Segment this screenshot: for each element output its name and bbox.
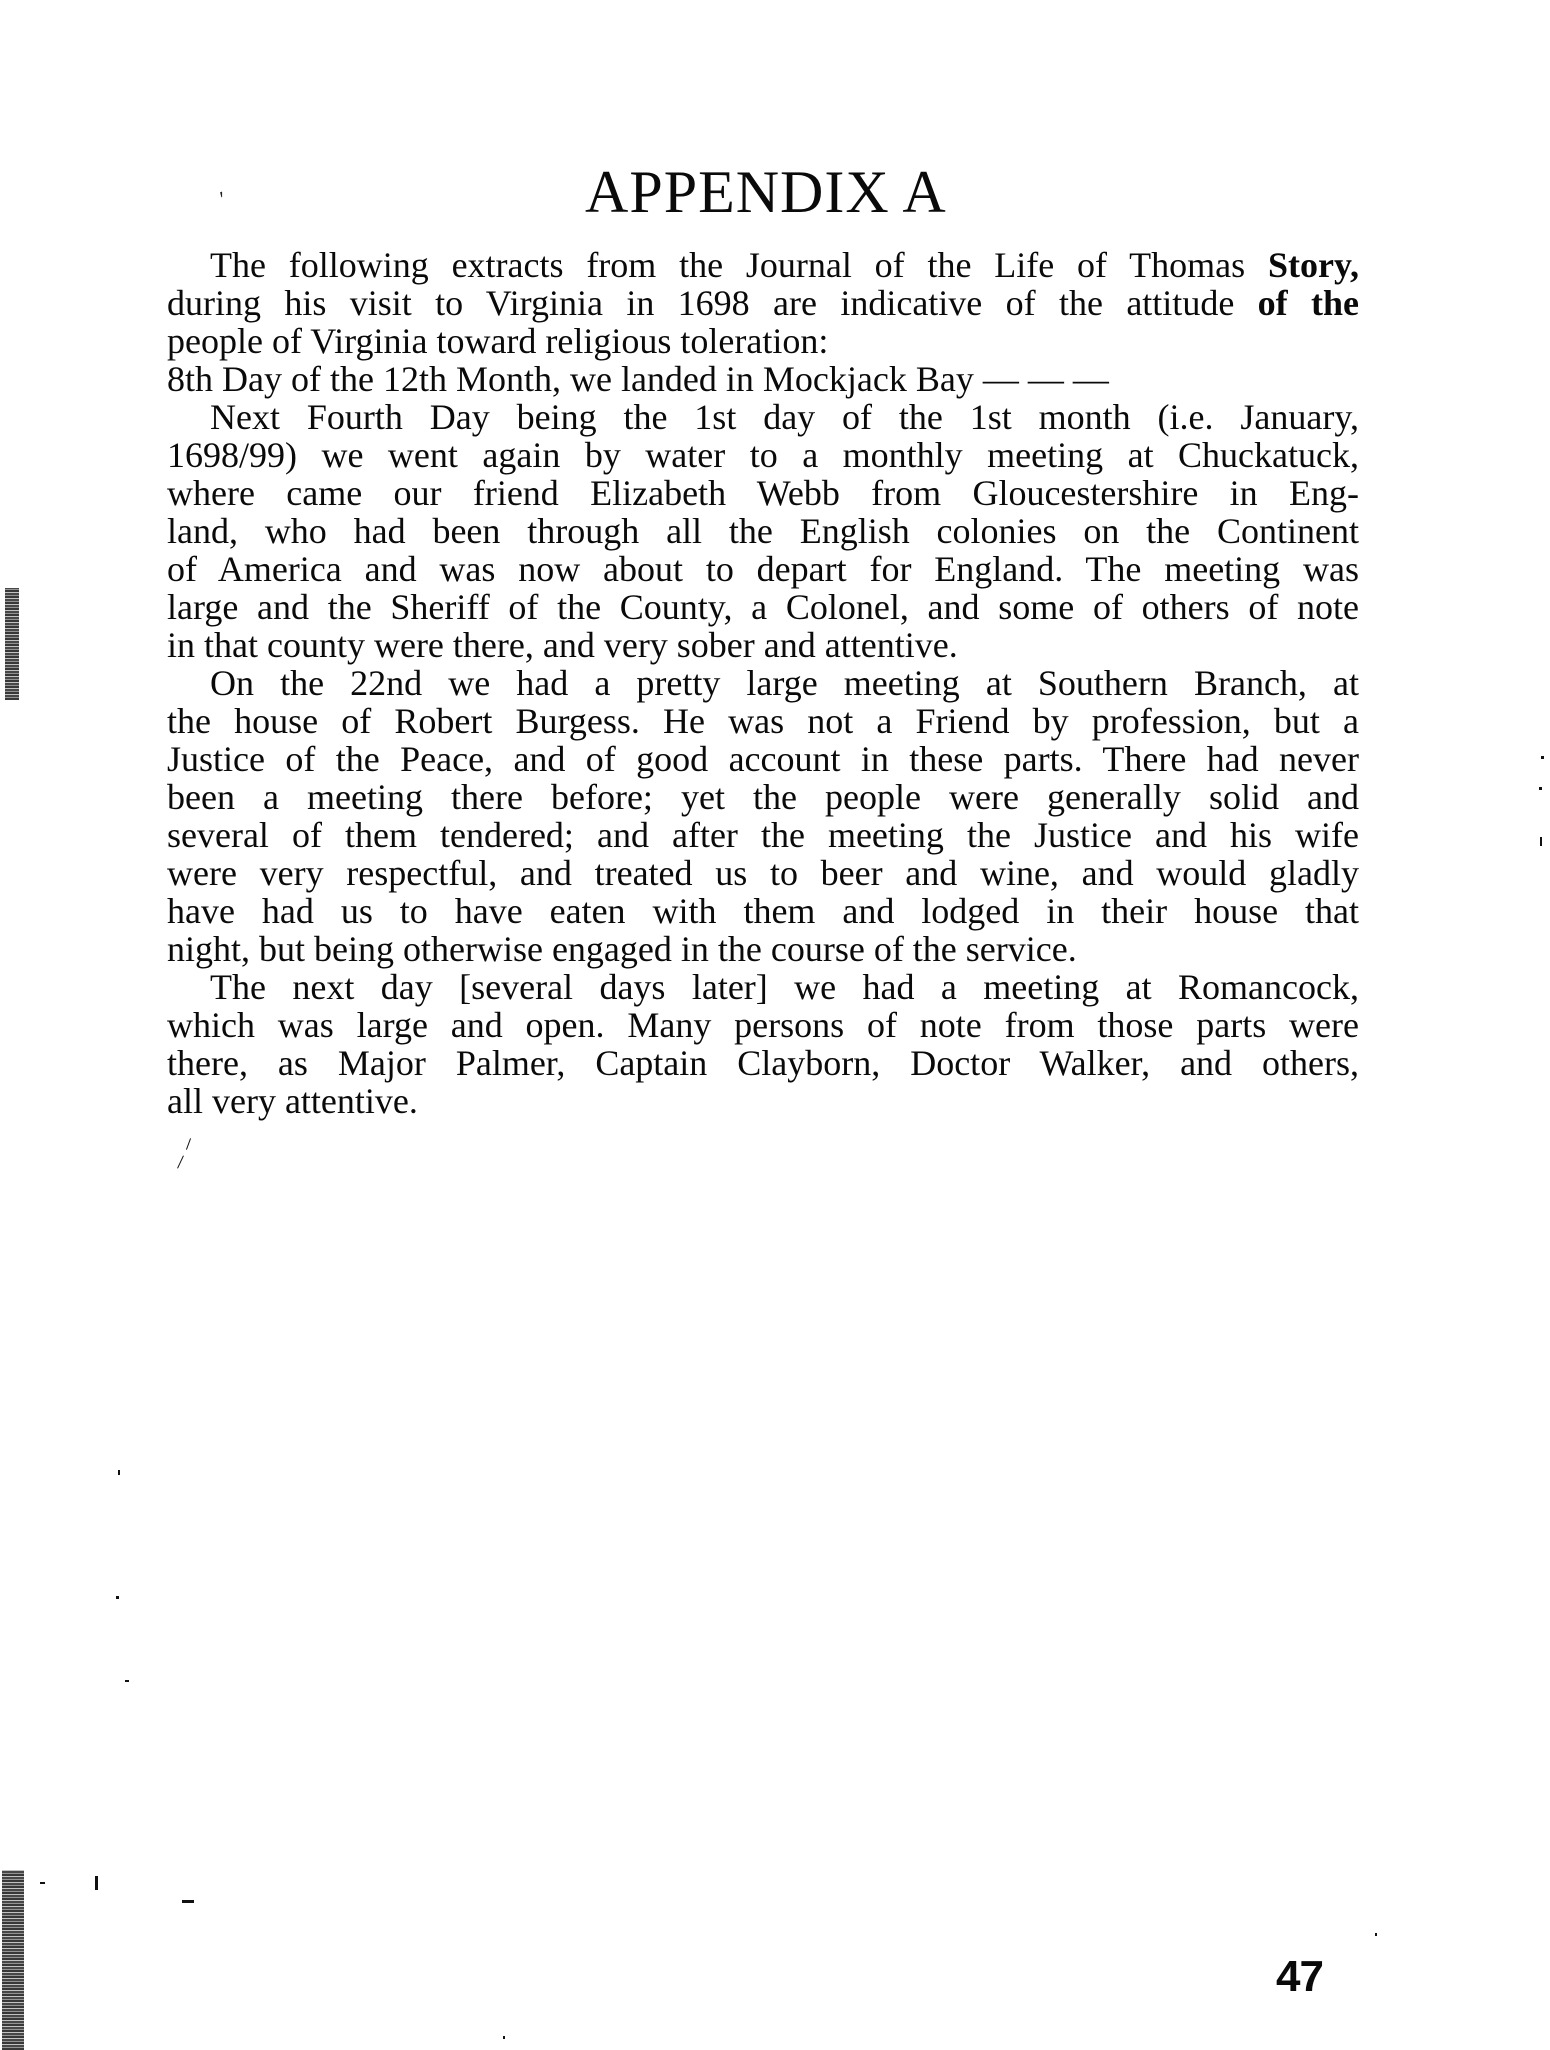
text-line: several of them tendered; and after the … <box>167 816 1359 854</box>
text-line: have had us to have eaten with them and … <box>167 892 1359 930</box>
text-segment: Story, <box>1268 245 1359 285</box>
page-title: APPENDIX A <box>585 160 945 224</box>
text-segment: all very attentive. <box>167 1081 418 1121</box>
scan-speck <box>116 1596 119 1599</box>
text-segment: Next Fourth Day being the 1st day of the… <box>210 397 1359 437</box>
text-segment: of America and was now about to depart f… <box>167 549 1359 589</box>
text-segment: Justice of the Peace, and of good accoun… <box>167 739 1359 779</box>
appendix-body-text: The following extracts from the Journal … <box>167 246 1359 1120</box>
text-segment: there, as Major Palmer, Captain Clayborn… <box>167 1043 1359 1083</box>
text-segment: in that county were there, and very sobe… <box>167 625 958 665</box>
text-segment: The next day [several days later] we had… <box>210 967 1359 1007</box>
text-line: The next day [several days later] we had… <box>167 968 1359 1006</box>
text-line: in that county were there, and very sobe… <box>167 626 1359 664</box>
text-segment: 8th Day of the 12th Month, we landed in … <box>167 359 1109 399</box>
text-line: 1698/99) we went again by water to a mon… <box>167 436 1359 474</box>
text-line: during his visit to Virginia in 1698 are… <box>167 284 1359 322</box>
scan-speck <box>1541 756 1544 759</box>
page-number: 47 <box>1276 1955 1323 1999</box>
text-line: where came our friend Elizabeth Webb fro… <box>167 474 1359 512</box>
scan-speck <box>40 1882 45 1884</box>
scan-artifact-bottom-left-strip <box>2 1870 24 2050</box>
text-segment: where came our friend Elizabeth Webb fro… <box>167 473 1359 513</box>
text-line: large and the Sheriff of the County, a C… <box>167 588 1359 626</box>
text-line: On the 22nd we had a pretty large meetin… <box>167 664 1359 702</box>
scan-speck <box>177 1155 184 1168</box>
text-segment: large and the Sheriff of the County, a C… <box>167 587 1359 627</box>
text-line: Next Fourth Day being the 1st day of the… <box>167 398 1359 436</box>
text-segment: been a meeting there before; yet the peo… <box>167 777 1359 817</box>
scan-artifact-left-strip <box>5 588 19 700</box>
text-line: which was large and open. Many persons o… <box>167 1006 1359 1044</box>
text-line: of America and was now about to depart f… <box>167 550 1359 588</box>
text-line: people of Virginia toward religious tole… <box>167 322 1359 360</box>
text-segment: have had us to have eaten with them and … <box>167 891 1359 931</box>
text-line: Justice of the Peace, and of good accoun… <box>167 740 1359 778</box>
text-segment: several of them tendered; and after the … <box>167 815 1359 855</box>
text-segment: people of Virginia toward religious tole… <box>167 321 828 361</box>
text-line: 8th Day of the 12th Month, we landed in … <box>167 360 1359 398</box>
scan-speck <box>95 1876 98 1890</box>
text-segment: night, but being otherwise engaged in th… <box>167 929 1077 969</box>
text-segment: the house of Robert Burgess. He was not … <box>167 701 1359 741</box>
scan-speck <box>118 1470 120 1475</box>
text-segment: during his visit to Virginia in 1698 are… <box>167 283 1258 323</box>
document-page: ′ APPENDIX A The following extracts from… <box>0 0 1550 2050</box>
scan-speck <box>182 1900 194 1903</box>
text-line: there, as Major Palmer, Captain Clayborn… <box>167 1044 1359 1082</box>
text-segment: which was large and open. Many persons o… <box>167 1005 1359 1045</box>
scan-speck <box>125 1680 129 1682</box>
text-segment: On the 22nd we had a pretty large meetin… <box>210 663 1359 703</box>
text-line: were very respectful, and treated us to … <box>167 854 1359 892</box>
margin-tick-mark: ′ <box>217 186 230 212</box>
text-line: all very attentive. <box>167 1082 1359 1120</box>
scan-speck <box>186 1138 191 1150</box>
scan-speck <box>1375 1933 1377 1936</box>
text-segment: of the <box>1258 283 1359 323</box>
text-segment: 1698/99) we went again by water to a mon… <box>167 435 1359 475</box>
text-segment: land, who had been through all the Engli… <box>167 511 1359 551</box>
text-line: night, but being otherwise engaged in th… <box>167 930 1359 968</box>
text-segment: The following extracts from the Journal … <box>210 245 1268 285</box>
scan-speck <box>1540 837 1542 846</box>
text-line: the house of Robert Burgess. He was not … <box>167 702 1359 740</box>
text-line: The following extracts from the Journal … <box>167 246 1359 284</box>
text-line: land, who had been through all the Engli… <box>167 512 1359 550</box>
text-segment: were very respectful, and treated us to … <box>167 853 1359 893</box>
scan-speck <box>1539 787 1542 790</box>
text-line: been a meeting there before; yet the peo… <box>167 778 1359 816</box>
scan-speck <box>503 2036 505 2039</box>
